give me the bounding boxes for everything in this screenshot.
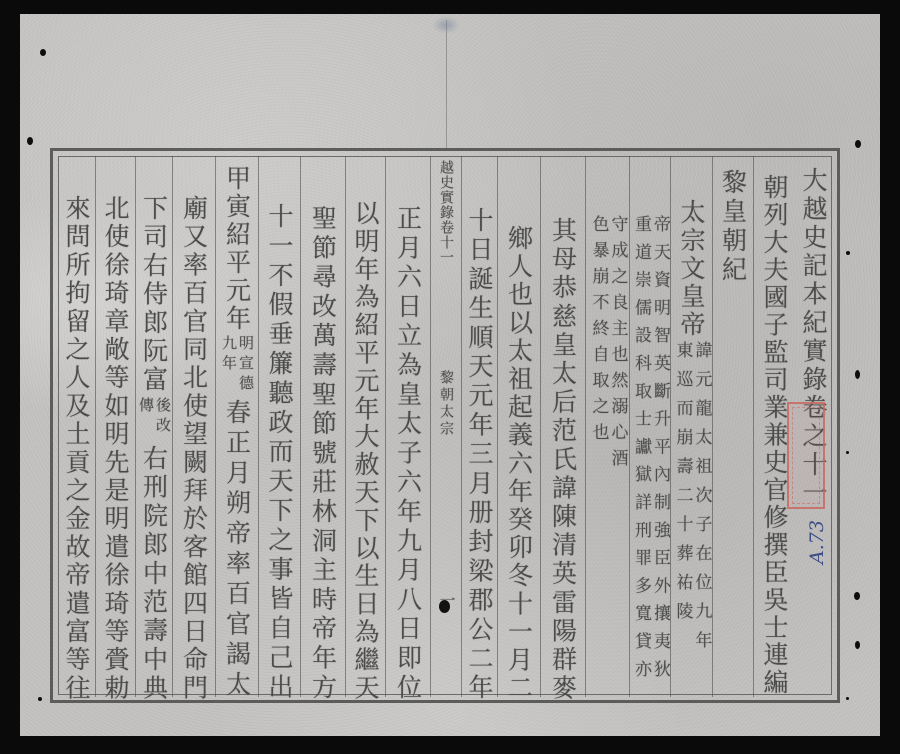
- note-right: 諱元龍太祖次子在位九年: [693, 341, 710, 660]
- binding-hole: [38, 697, 42, 701]
- binding-hole: [846, 251, 850, 255]
- double-line-note: 後改 傳: [138, 397, 170, 437]
- note-left: 傳: [138, 397, 153, 417]
- body-text: 以明年為紹平元年大赦天下以生日為繼天: [353, 200, 378, 702]
- body-text: 十一不假垂簾聽政而天下之事皆自己出: [267, 203, 292, 703]
- binding-hole: [854, 592, 860, 600]
- binding-hole: [855, 370, 860, 379]
- note-left: 東巡而崩壽二十葬祐陵: [674, 341, 691, 631]
- text-column: 十日誕生順天元年三月册封梁郡公二年: [461, 156, 497, 697]
- ink-blot: [439, 600, 450, 613]
- fold-title: 越史實錄卷十一: [439, 160, 453, 265]
- text-column: 黎皇朝紀: [712, 156, 753, 697]
- emperor-title: 太宗文皇帝: [679, 199, 704, 339]
- year-heading: 甲寅紹平元年: [225, 165, 250, 333]
- text-column: 來問所拘留之人及土貢之金故帝遣富等往: [58, 156, 95, 697]
- stain: [432, 16, 460, 34]
- binding-hole: [855, 140, 861, 148]
- text-column: 帝天資明智英斷升平內制強臣外攘夷狄 重道崇儒設科取士讞獄詳刑罪多寬貸亦: [629, 156, 670, 697]
- double-line-note: 帝天資明智英斷升平內制強臣外攘夷狄 重道崇儒設科取士讞獄詳刑罪多寬貸亦: [632, 215, 668, 688]
- compiler-line: 朝列大夫國子監司業兼史官修撰臣吳士連編: [762, 174, 787, 697]
- text-column: 守成之良主也然溺心酒 色暴崩不終自取之也: [585, 156, 629, 697]
- binding-hole: [846, 451, 849, 454]
- body-text: 來問所拘留之人及土貢之金故帝遣富等往: [64, 195, 89, 703]
- note-left: 九年: [221, 335, 236, 375]
- body-text: 十日誕生順天元年三月册封梁郡公二年: [467, 207, 492, 703]
- text-column: 甲寅紹平元年 明宣德 九年 春正月朔帝率百官謁太: [215, 156, 258, 697]
- body-text: 北使徐琦章敞等如明先是明遣徐琦等賫勅: [103, 195, 128, 703]
- body-text: 正月六日立為皇太子六年九月八日即位: [396, 205, 421, 703]
- body-text: 聖節尋改萬壽聖節號莊林洞主時帝年方: [311, 205, 336, 703]
- center-fold: 越史實錄卷十一 黎朝太宗 一: [430, 156, 461, 697]
- double-line-note: 明宣德 九年: [221, 335, 253, 395]
- section-title: 黎皇朝紀: [721, 169, 746, 285]
- text-column: 正月六日立為皇太子六年九月八日即位: [385, 156, 430, 697]
- binding-hole: [27, 137, 33, 145]
- body-text: 下司右侍郎阮富: [142, 195, 167, 395]
- note-right: 明宣德: [238, 335, 253, 395]
- double-line-note: 諱元龍太祖次子在位九年 東巡而崩壽二十葬祐陵: [674, 341, 710, 660]
- binding-hole: [846, 697, 849, 700]
- fold-section: 黎朝太宗: [439, 370, 453, 438]
- body-text: 鄉人也以太祖起義六年癸卯冬十一月二: [507, 225, 532, 703]
- double-line-note: 守成之良主也然溺心酒 色暴崩不終自取之也: [590, 215, 626, 475]
- text-column: 下司右侍郎阮富 後改 傳 右刑院郎中范壽中典: [135, 156, 172, 697]
- binding-hole: [855, 641, 860, 649]
- text-column: 聖節尋改萬壽聖節號莊林洞主時帝年方: [300, 156, 345, 697]
- text-column: 鄉人也以太祖起義六年癸卯冬十一月二: [497, 156, 540, 697]
- body-text: 其母恭慈皇太后范氏諱陳清英雷陽群麥: [551, 217, 576, 703]
- body-text: 春正月朔帝率百官謁太: [225, 399, 250, 701]
- text-column: 北使徐琦章敞等如明先是明遣徐琦等賫勅: [95, 156, 135, 697]
- text-column: 太宗文皇帝 諱元龍太祖次子在位九年 東巡而崩壽二十葬祐陵: [670, 156, 712, 697]
- note-right: 後改: [155, 397, 170, 437]
- text-column: 其母恭慈皇太后范氏諱陳清英雷陽群麥: [540, 156, 585, 697]
- binding-hole: [40, 49, 46, 56]
- note-right: 守成之良主也然溺心酒: [609, 215, 626, 475]
- note-right: 帝天資明智英斷升平內制強臣外攘夷狄: [651, 215, 668, 688]
- handwritten-catalog-number: A.73: [805, 517, 829, 567]
- text-column: 廟又率百官同北使望闕拜於客館四日命門: [172, 156, 215, 697]
- text-column: 十一不假垂簾聽政而天下之事皆自己出: [258, 156, 300, 697]
- note-left: 重道崇儒設科取士讞獄詳刑罪多寬貸亦: [632, 215, 649, 688]
- note-left: 色暴崩不終自取之也: [590, 215, 607, 449]
- fold-crease: [446, 20, 447, 148]
- text-column: 以明年為紹平元年大赦天下以生日為繼天: [345, 156, 385, 697]
- body-text: 廟又率百官同北使望闕拜於客館四日命門: [182, 195, 207, 703]
- body-text: 右刑院郎中范壽中典: [142, 445, 167, 703]
- red-seal-stamp: [787, 402, 825, 509]
